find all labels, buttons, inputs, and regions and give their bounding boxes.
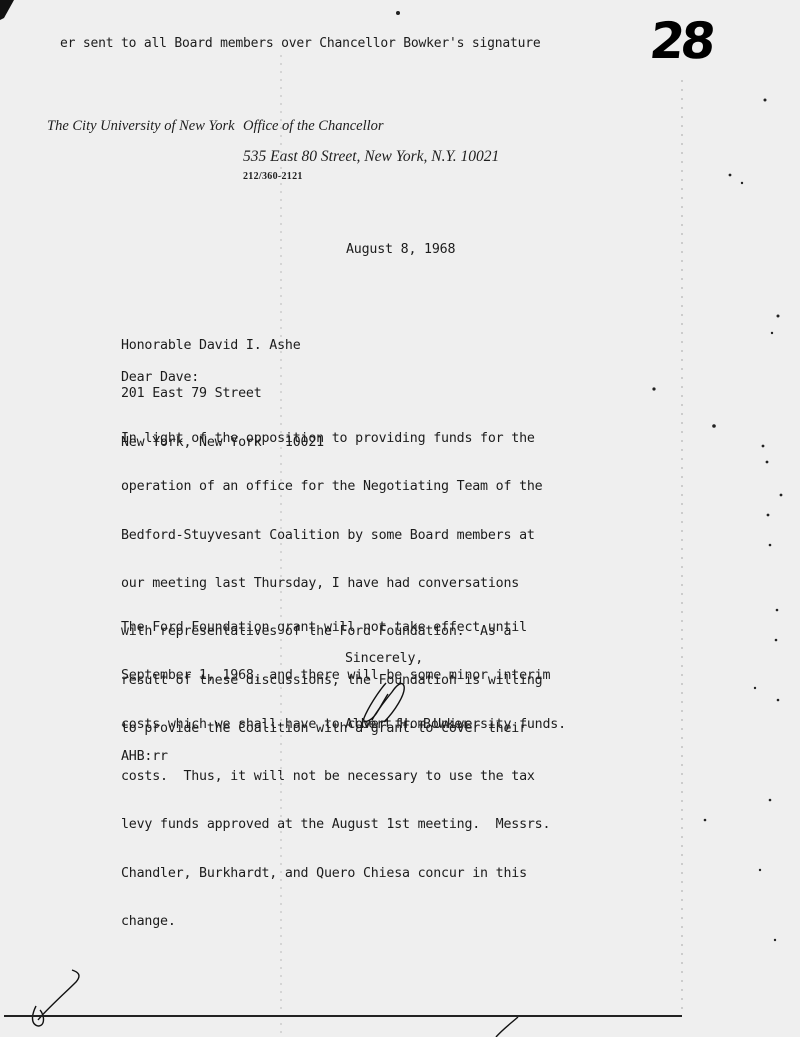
paragraph-line: levy funds approved at the August 1st me…	[121, 817, 550, 833]
letterhead-institution: The City University of New York	[47, 118, 235, 135]
paragraph-line: Bedford-Stuyvesant Coalition by some Boa…	[121, 528, 550, 544]
paragraph-line: change.	[121, 914, 550, 930]
paragraph-line: September 1, 1968, and there will be som…	[121, 668, 566, 684]
scan-corner-mark	[0, 0, 14, 20]
paragraph-line: The Ford Foundation grant will not take …	[121, 620, 566, 636]
signer-name: Albert H. Bowker	[345, 717, 470, 732]
paragraph-line: costs. Thus, it will not be necessary to…	[121, 769, 550, 785]
paragraph-line: operation of an office for the Negotiati…	[121, 479, 550, 495]
scanned-letter-page: er sent to all Board members over Chance…	[0, 0, 800, 1037]
handwritten-page-number: 28	[647, 12, 715, 70]
paragraph-line: In light of the opposition to providing …	[121, 431, 550, 447]
top-note: er sent to all Board members over Chance…	[60, 36, 540, 51]
letterhead-office: Office of the Chancellor	[243, 118, 384, 135]
letterhead-phone: 212/360-2121	[243, 171, 303, 182]
paragraph-line: costs which we shall have to cover from …	[121, 717, 566, 733]
letterhead-address: 535 East 80 Street, New York, N.Y. 10021	[243, 148, 499, 166]
salutation: Dear Dave:	[121, 370, 199, 385]
recipient-line: Honorable David I. Ashe	[121, 338, 324, 354]
body-paragraph-2: The Ford Foundation grant will not take …	[121, 588, 566, 765]
reference-initials: AHB:rr	[121, 749, 168, 764]
paragraph-line: Chandler, Burkhardt, and Quero Chiesa co…	[121, 866, 550, 882]
closing: Sincerely,	[345, 651, 423, 666]
checkmark-icon	[33, 970, 519, 1037]
letter-date: August 8, 1968	[346, 242, 455, 257]
